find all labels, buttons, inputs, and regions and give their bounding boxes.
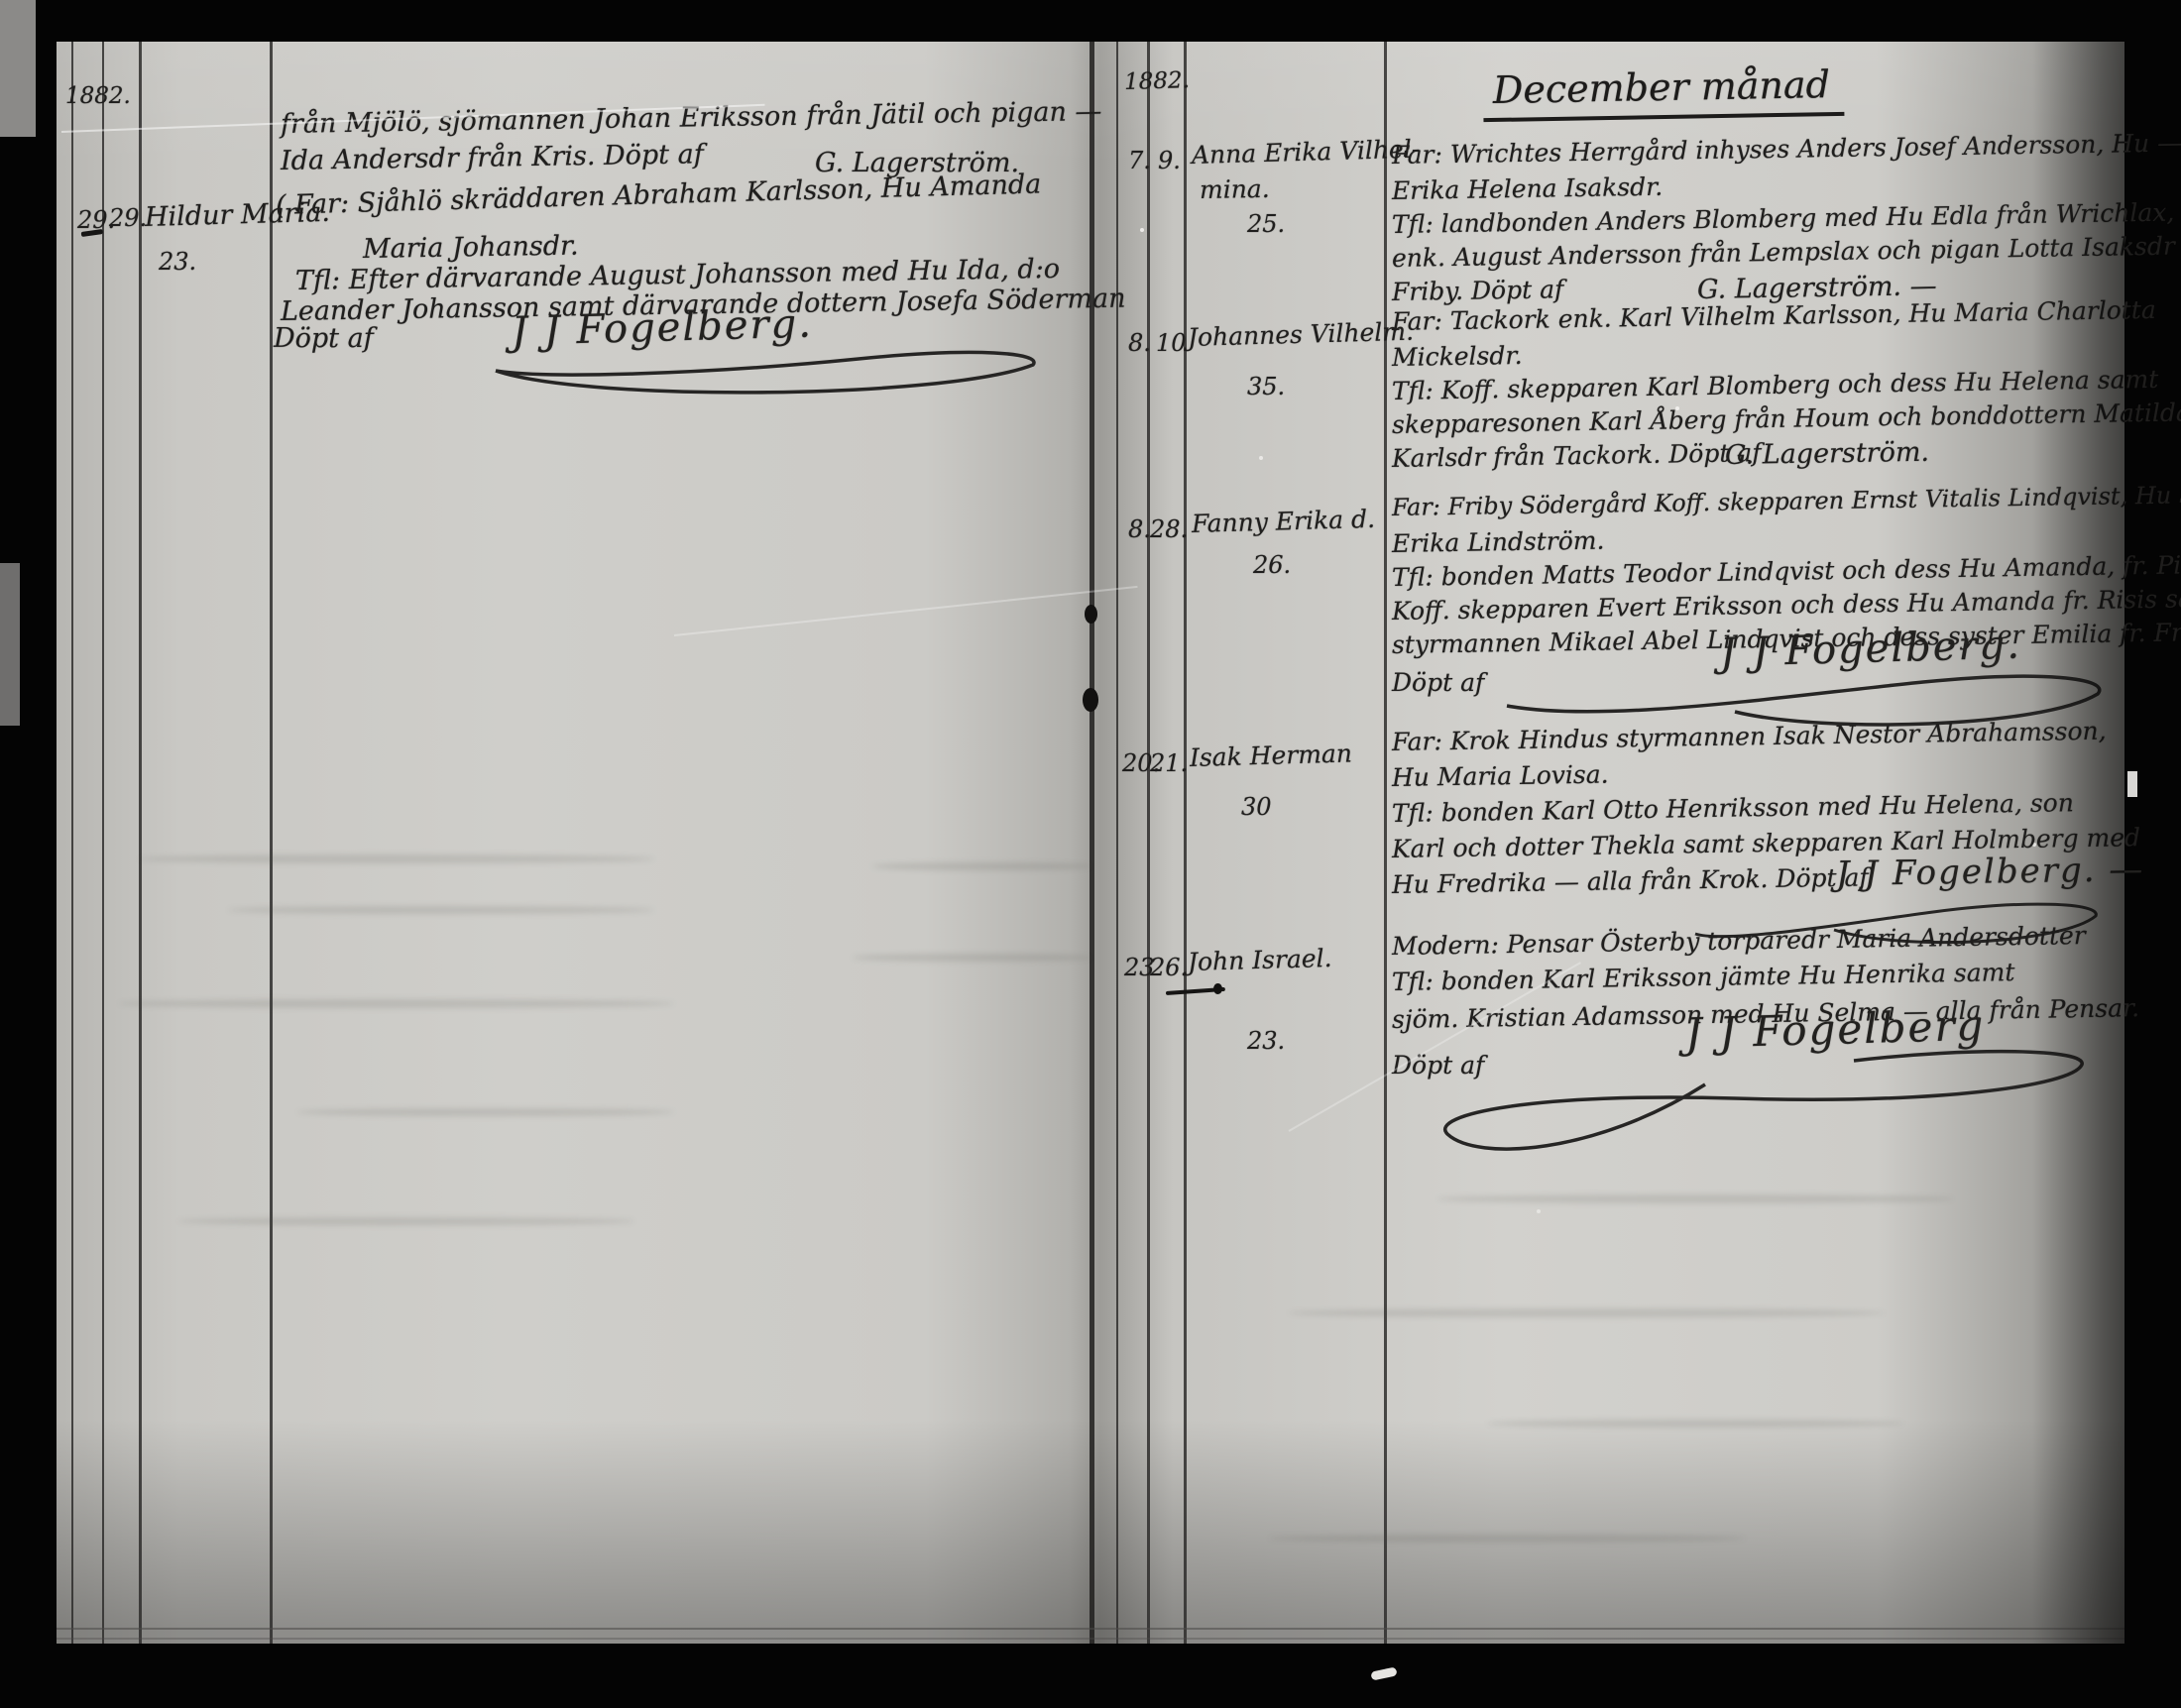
age-value: 23. xyxy=(159,248,196,276)
film-edge-patch xyxy=(0,563,20,726)
record-text-line: Döpt af xyxy=(1392,668,1484,697)
signature-flourish xyxy=(1418,1035,2112,1164)
record-text-line: Erika Helena Isaksdr. xyxy=(1392,172,1664,205)
year-label: 1882. xyxy=(1124,67,1191,95)
ghost-bleedthrough xyxy=(1487,1420,1903,1427)
ghost-bleedthrough xyxy=(1269,1535,1745,1542)
column-rule xyxy=(139,42,142,1644)
date-cell: 28. xyxy=(1150,515,1188,543)
column-rule xyxy=(1147,42,1150,1644)
ghost-bleedthrough xyxy=(872,862,1090,870)
record-text-line: Mickelsdr. xyxy=(1392,341,1523,372)
page-bottom-edge xyxy=(57,1638,2124,1640)
ghost-bleedthrough xyxy=(1437,1195,1953,1203)
ghost-bleedthrough xyxy=(178,1217,634,1225)
column-rule xyxy=(102,42,104,1644)
child-name: John Israel. xyxy=(1188,944,1332,976)
ink-blot xyxy=(1083,688,1098,712)
year-label: 1882. xyxy=(65,83,131,109)
ink-dot xyxy=(1213,983,1222,994)
officiant-signature: G. Lagerström. xyxy=(1725,437,1929,471)
child-name: mina. xyxy=(1200,174,1270,204)
month-header: December månad xyxy=(1483,62,1845,122)
age-value: 25. xyxy=(1247,210,1285,238)
signature-flourish xyxy=(482,337,1057,406)
age-value: 30 xyxy=(1241,793,1272,821)
name-column-rule xyxy=(1384,42,1387,1644)
ghost-bleedthrough xyxy=(853,954,1090,962)
record-text-line: Hu Maria Lovisa. xyxy=(1392,760,1609,792)
date-cell: 9. xyxy=(1158,147,1181,174)
ink-blot xyxy=(1085,605,1097,624)
ghost-bleedthrough xyxy=(119,999,674,1008)
film-edge-patch xyxy=(0,0,36,137)
ghost-bleedthrough xyxy=(297,1108,674,1116)
date-cell: 10 xyxy=(1156,329,1187,357)
page-curl-shadow xyxy=(2032,42,2124,1644)
child-name: Fanny Erika d. xyxy=(1192,505,1376,538)
age-value: 35. xyxy=(1247,373,1285,400)
record-text-line: Karlsdr från Tackork. Döpt af xyxy=(1392,438,1762,473)
film-edge-mark xyxy=(1370,1666,1397,1680)
column-rule xyxy=(71,42,73,1644)
date-cell: 26. xyxy=(1150,954,1188,981)
record-text-line: Maria Johansdr. xyxy=(363,231,579,265)
ghost-bleedthrough xyxy=(228,906,654,914)
record-text-line: Döpt af xyxy=(274,323,374,354)
page-bottom-edge xyxy=(57,1628,2124,1630)
date-cell: 8. xyxy=(1128,329,1151,357)
column-rule xyxy=(1184,42,1187,1644)
record-text-line: Friby. Döpt af xyxy=(1392,275,1564,306)
name-column-rule xyxy=(270,42,273,1644)
date-cell: 21. xyxy=(1150,749,1188,777)
archival-scan-frame: 1882. från Mjölö, sjömannen Johan Erikss… xyxy=(0,0,2181,1708)
ghost-bleedthrough xyxy=(1289,1309,1884,1317)
column-rule xyxy=(1116,42,1118,1644)
age-value: 23. xyxy=(1247,1027,1285,1055)
child-name: Isak Herman xyxy=(1190,739,1353,772)
ghost-bleedthrough xyxy=(139,854,654,863)
date-cell: 7. xyxy=(1128,147,1151,174)
entry-number-cell: 29. xyxy=(109,204,147,232)
date-cell: 8. xyxy=(1128,515,1151,543)
film-edge-patch xyxy=(2127,771,2137,797)
age-value: 26. xyxy=(1253,551,1291,579)
record-text-line: Erika Lindström. xyxy=(1392,526,1605,558)
gutter-rule xyxy=(1090,42,1094,1644)
